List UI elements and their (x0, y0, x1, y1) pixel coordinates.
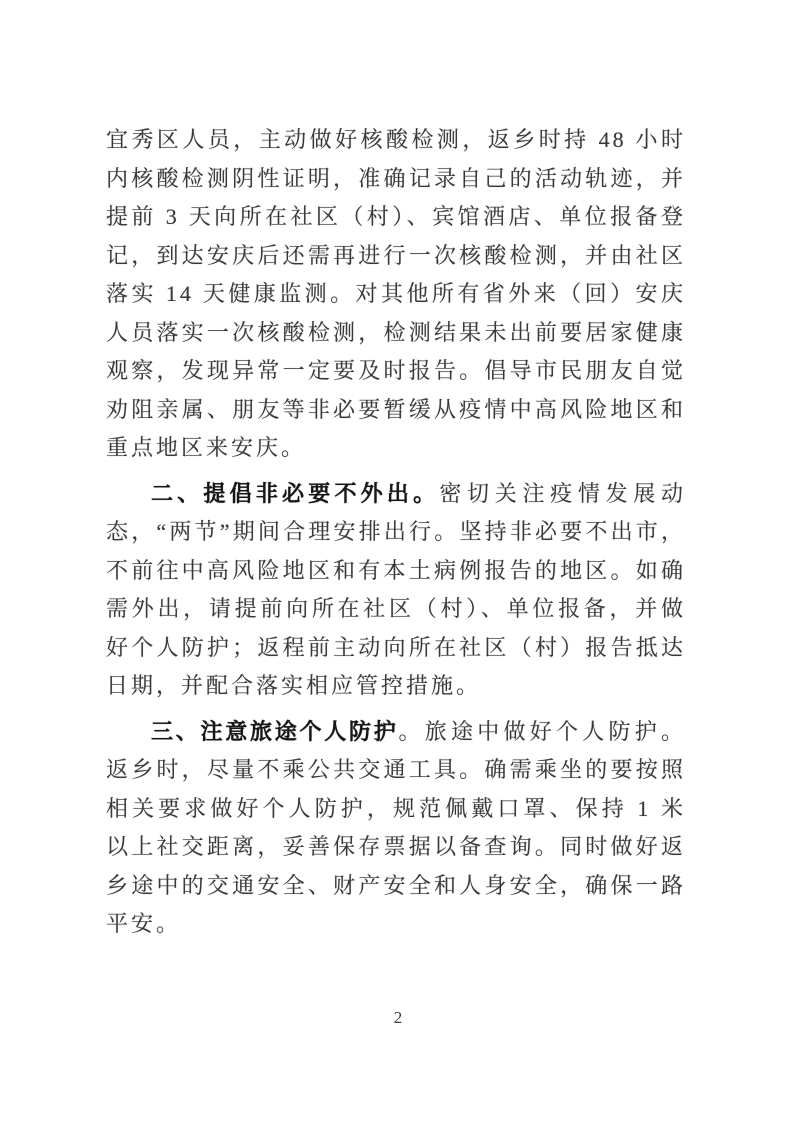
body-text-run: 。旅途中做好个人防护。返乡时，尽量不乘公共交通工具。确需乘坐的要按照相关要求做好… (106, 719, 686, 937)
paragraph-arrival-testing: 宜秀区人员，主动做好核酸检测，返乡时持 48 小时内核酸检测阴性证明，准确记录自… (106, 121, 686, 468)
paragraph-section-2-no-unnecessary-travel: 二、提倡非必要不外出。密切关注疫情发展动态，“两节”期间合理安排出行。坚持非必要… (106, 475, 686, 706)
section-heading-run: 三、注意旅途个人防护 (151, 719, 399, 744)
document-body: 宜秀区人员，主动做好核酸检测，返乡时持 48 小时内核酸检测阴性证明，准确记录自… (106, 121, 686, 944)
section-heading-run: 二、提倡非必要不外出。 (151, 481, 439, 506)
body-text-run: 密切关注疫情发展动态，“两节”期间合理安排出行。坚持非必要不出市，不前往中高风险… (106, 481, 686, 699)
document-page: 宜秀区人员，主动做好核酸检测，返乡时持 48 小时内核酸检测阴性证明，准确记录自… (0, 0, 796, 1123)
page-number: 2 (0, 1007, 796, 1029)
body-text-run: 宜秀区人员，主动做好核酸检测，返乡时持 48 小时内核酸检测阴性证明，准确记录自… (106, 127, 686, 460)
paragraph-section-3-travel-protection: 三、注意旅途个人防护。旅途中做好个人防护。返乡时，尽量不乘公共交通工具。确需乘坐… (106, 713, 686, 944)
